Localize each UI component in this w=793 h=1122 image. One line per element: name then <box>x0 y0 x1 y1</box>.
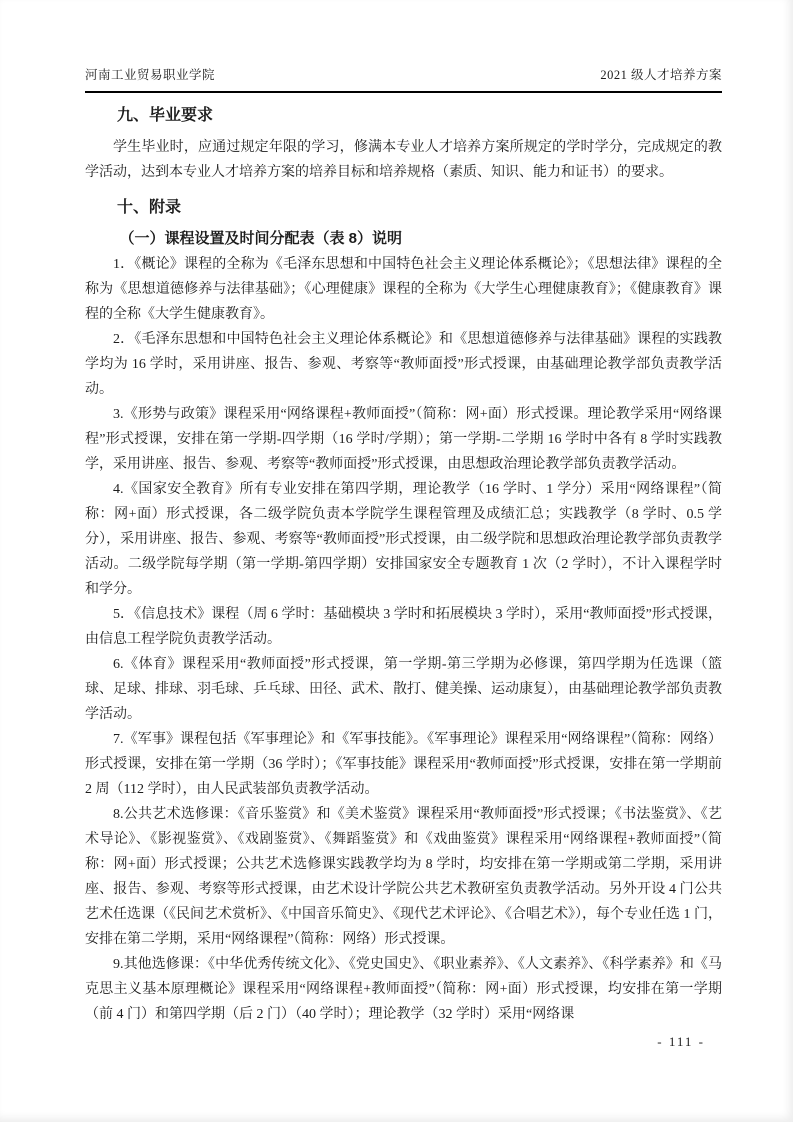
appendix-item: 9.其他选修课：《中华优秀传统文化》、《党史国史》、《职业素养》、《人文素养》、… <box>85 952 722 1027</box>
appendix-subheading: （一）课程设置及时间分配表（表 8）说明 <box>85 229 722 248</box>
page-number: - 111 - <box>657 1033 705 1051</box>
page-header: 河南工业贸易职业学院 2021 级人才培养方案 <box>85 66 722 93</box>
header-school-name: 河南工业贸易职业学院 <box>85 66 215 84</box>
document-page: 河南工业贸易职业学院 2021 级人才培养方案 九、毕业要求 学生毕业时，应通过… <box>0 0 793 1122</box>
appendix-item: 7.《军事》课程包括《军事理论》和《军事技能》。《军事理论》课程采用“网络课程”… <box>85 727 722 802</box>
appendix-item: 1．《概论》课程的全称为《毛泽东思想和中国特色社会主义理论体系概论》；《思想法律… <box>85 252 722 327</box>
appendix-items: 1．《概论》课程的全称为《毛泽东思想和中国特色社会主义理论体系概论》；《思想法律… <box>85 252 722 1027</box>
appendix-item: 6.《体育》课程采用“教师面授”形式授课，第一学期-第三学期为必修课，第四学期为… <box>85 652 722 727</box>
graduation-requirements-paragraph: 学生毕业时，应通过规定年限的学习，修满本专业人才培养方案所规定的学时学分，完成规… <box>85 135 722 185</box>
section-10-heading: 十、附录 <box>85 198 722 218</box>
appendix-item: 2．《毛泽东思想和中国特色社会主义理论体系概论》和《思想道德修养与法律基础》课程… <box>85 327 722 402</box>
appendix-item: 8.公共艺术选修课：《音乐鉴赏》和《美术鉴赏》课程采用“教师面授”形式授课；《书… <box>85 802 722 952</box>
header-doc-title: 2021 级人才培养方案 <box>600 66 722 84</box>
appendix-item: 5．《信息技术》课程（周 6 学时：基础模块 3 学时和拓展模块 3 学时），采… <box>85 602 722 652</box>
appendix-item: 4.《国家安全教育》所有专业安排在第四学期，理论教学（16 学时、1 学分）采用… <box>85 477 722 602</box>
appendix-item: 3.《形势与政策》课程采用“网络课程+教师面授”（简称：网+面）形式授课。理论教… <box>85 402 722 477</box>
page-content: 河南工业贸易职业学院 2021 级人才培养方案 九、毕业要求 学生毕业时，应通过… <box>85 66 722 1027</box>
section-9-heading: 九、毕业要求 <box>85 106 722 126</box>
